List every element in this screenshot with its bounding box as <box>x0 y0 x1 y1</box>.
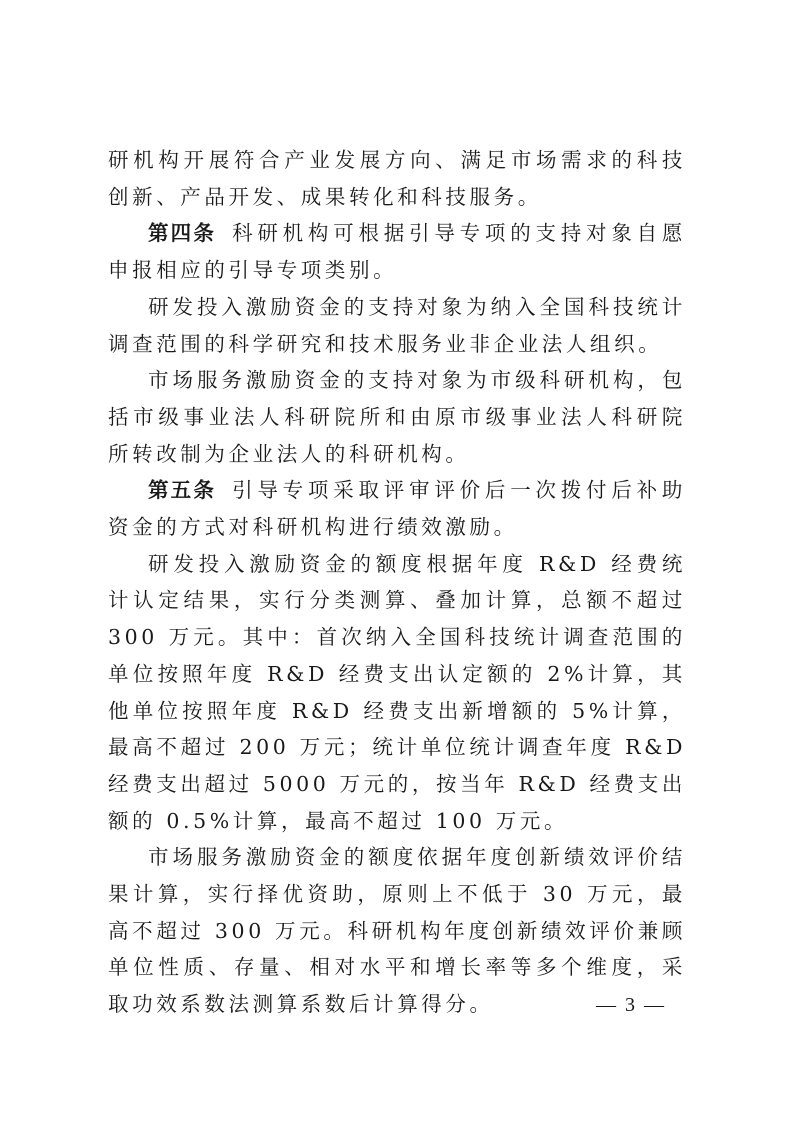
article-heading: 第五条 <box>148 478 216 502</box>
paragraph-rd-support-target: 研发投入激励资金的支持对象为纳入全国科技统计调查范围的科学研究和技术服务业非企业… <box>108 289 686 362</box>
paragraph-article-4: 第四条科研机构可根据引导专项的支持对象自愿申报相应的引导专项类别。 <box>108 215 686 288</box>
article-heading: 第四条 <box>148 221 216 245</box>
paragraph-market-support-target: 市场服务激励资金的支持对象为市级科研机构，包括市级事业法人科研院所和由原市级事业… <box>108 362 686 472</box>
document-body: 研机构开展符合产业发展方向、满足市场需求的科技创新、产品开发、成果转化和科技服务… <box>108 142 686 1023</box>
paragraph-rd-amount: 研发投入激励资金的额度根据年度 R&D 经费统计认定结果，实行分类测算、叠加计算… <box>108 546 686 840</box>
page-number: — 3 — <box>596 994 666 1017</box>
paragraph-article-5: 第五条引导专项采取评审评价后一次拨付后补助资金的方式对科研机构进行绩效激励。 <box>108 472 686 545</box>
paragraph-continuation: 研机构开展符合产业发展方向、满足市场需求的科技创新、产品开发、成果转化和科技服务… <box>108 142 686 215</box>
